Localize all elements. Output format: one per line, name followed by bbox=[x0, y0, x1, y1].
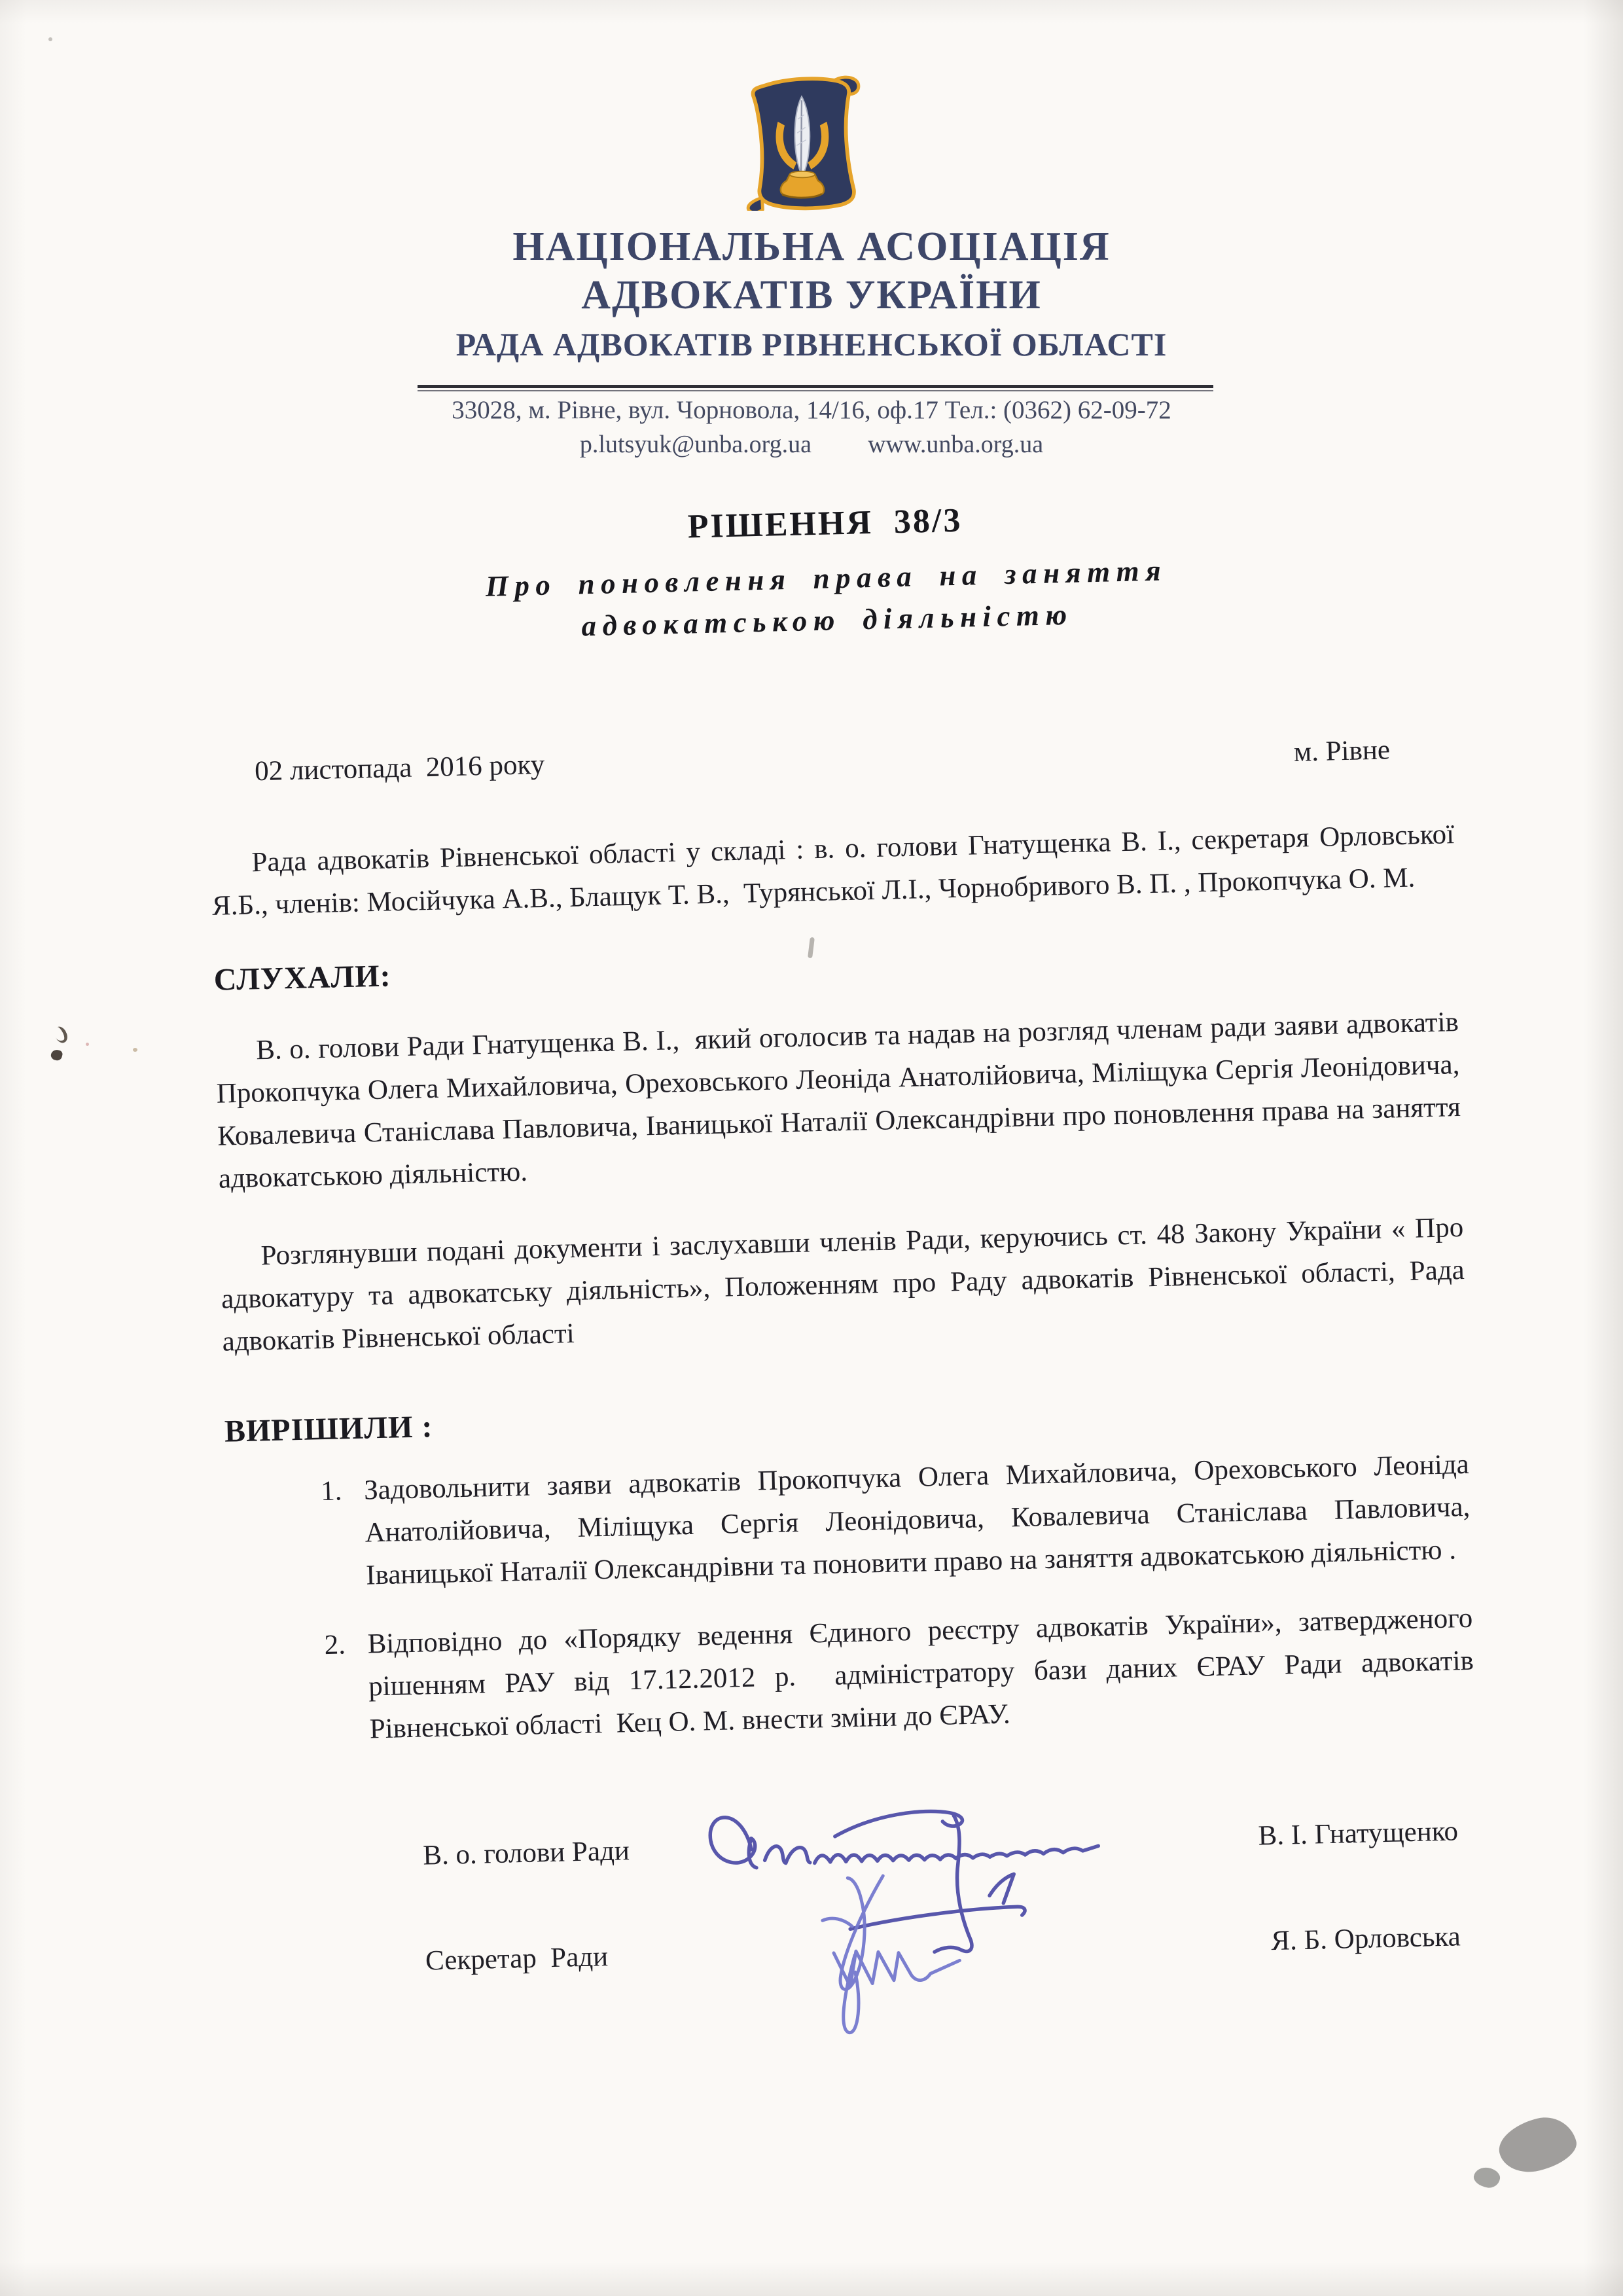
pen-mark-artifact bbox=[52, 1024, 69, 1045]
letterhead-contacts: p.lutsyuk@unba.org.uawww.unba.org.ua bbox=[0, 429, 1623, 459]
paper-speck-artifact bbox=[133, 1048, 137, 1052]
paper-speck-artifact bbox=[48, 37, 52, 41]
signatory-role: В. о. голови Ради bbox=[423, 1829, 630, 1876]
document-date: 02 листопада 2016 року bbox=[254, 744, 545, 793]
letterhead-website: www.unba.org.ua bbox=[868, 431, 1043, 458]
paper-speck-artifact bbox=[86, 1043, 89, 1046]
signature-row-secretary: Секретар Ради Я. Б. Орловська bbox=[236, 1915, 1480, 1987]
signature-row-head: В. о. голови Ради В. І. Гнатущенко bbox=[234, 1810, 1478, 1882]
signature-block: В. о. голови Ради В. І. Гнатущенко Секре… bbox=[234, 1810, 1481, 1987]
org-name-line2: АДВОКАТІВ УКРАЇНИ bbox=[0, 272, 1623, 318]
heard-heading: СЛУХАЛИ: bbox=[213, 929, 1457, 1001]
ink-smudge-artifact bbox=[1493, 2111, 1580, 2179]
org-name-line1: НАЦІОНАЛЬНА АСОЦІАЦІЯ bbox=[0, 224, 1623, 270]
decision-item-2: 2. Відповідно до «Порядку ведення Єдиног… bbox=[229, 1597, 1475, 1754]
ink-smudge-artifact bbox=[1472, 2166, 1502, 2189]
signatory-name: В. І. Гнатущенко bbox=[1258, 1810, 1459, 1857]
council-composition-paragraph: Рада адвокатів Рівненської області у скл… bbox=[211, 813, 1456, 927]
considered-paragraph: Розглянувши подані документи і заслухавш… bbox=[220, 1206, 1466, 1363]
org-name-line3: РАДА АДВОКАТІВ РІВНЕНСЬКОЇ ОБЛАСТІ bbox=[0, 325, 1623, 364]
document-body: РІШЕННЯ 38/3 Про поновлення права на зан… bbox=[203, 486, 1480, 1986]
letterhead-email: p.lutsyuk@unba.org.ua bbox=[580, 431, 811, 458]
decision-item-number: 2. bbox=[324, 1623, 370, 1752]
decision-item-number: 1. bbox=[320, 1469, 366, 1598]
decision-item-1: 1. Задовольнити заяви адвокатів Прокопчу… bbox=[225, 1443, 1471, 1600]
decision-item-text: Відповідно до «Порядку ведення Єдиного р… bbox=[367, 1597, 1475, 1751]
decisions-list: 1. Задовольнити заяви адвокатів Прокопчу… bbox=[225, 1443, 1475, 1754]
scroll-quill-trident-logo-icon bbox=[738, 75, 864, 211]
decided-heading: ВИРІШИЛИ : bbox=[224, 1381, 1468, 1453]
pen-mark-artifact bbox=[50, 1049, 63, 1062]
letterhead-address: 33028, м. Рівне, вул. Чорновола, 14/16, … bbox=[0, 395, 1623, 425]
scanned-decision-document-page: НАЦІОНАЛЬНА АСОЦІАЦІЯ АДВОКАТІВ УКРАЇНИ … bbox=[0, 0, 1623, 2296]
letterhead-divider-rule bbox=[418, 385, 1213, 388]
heard-paragraph: В. о. голови Ради Гнатущенка В. І., який… bbox=[215, 1001, 1463, 1200]
signatory-role: Секретар Ради bbox=[425, 1935, 609, 1982]
decision-item-text: Задовольнити заяви адвокатів Прокопчука … bbox=[363, 1443, 1471, 1597]
signatory-name: Я. Б. Орловська bbox=[1271, 1915, 1461, 1962]
date-place-row: 02 листопада 2016 року м. Рівне bbox=[208, 722, 1452, 794]
document-place: м. Рівне bbox=[1293, 728, 1390, 773]
